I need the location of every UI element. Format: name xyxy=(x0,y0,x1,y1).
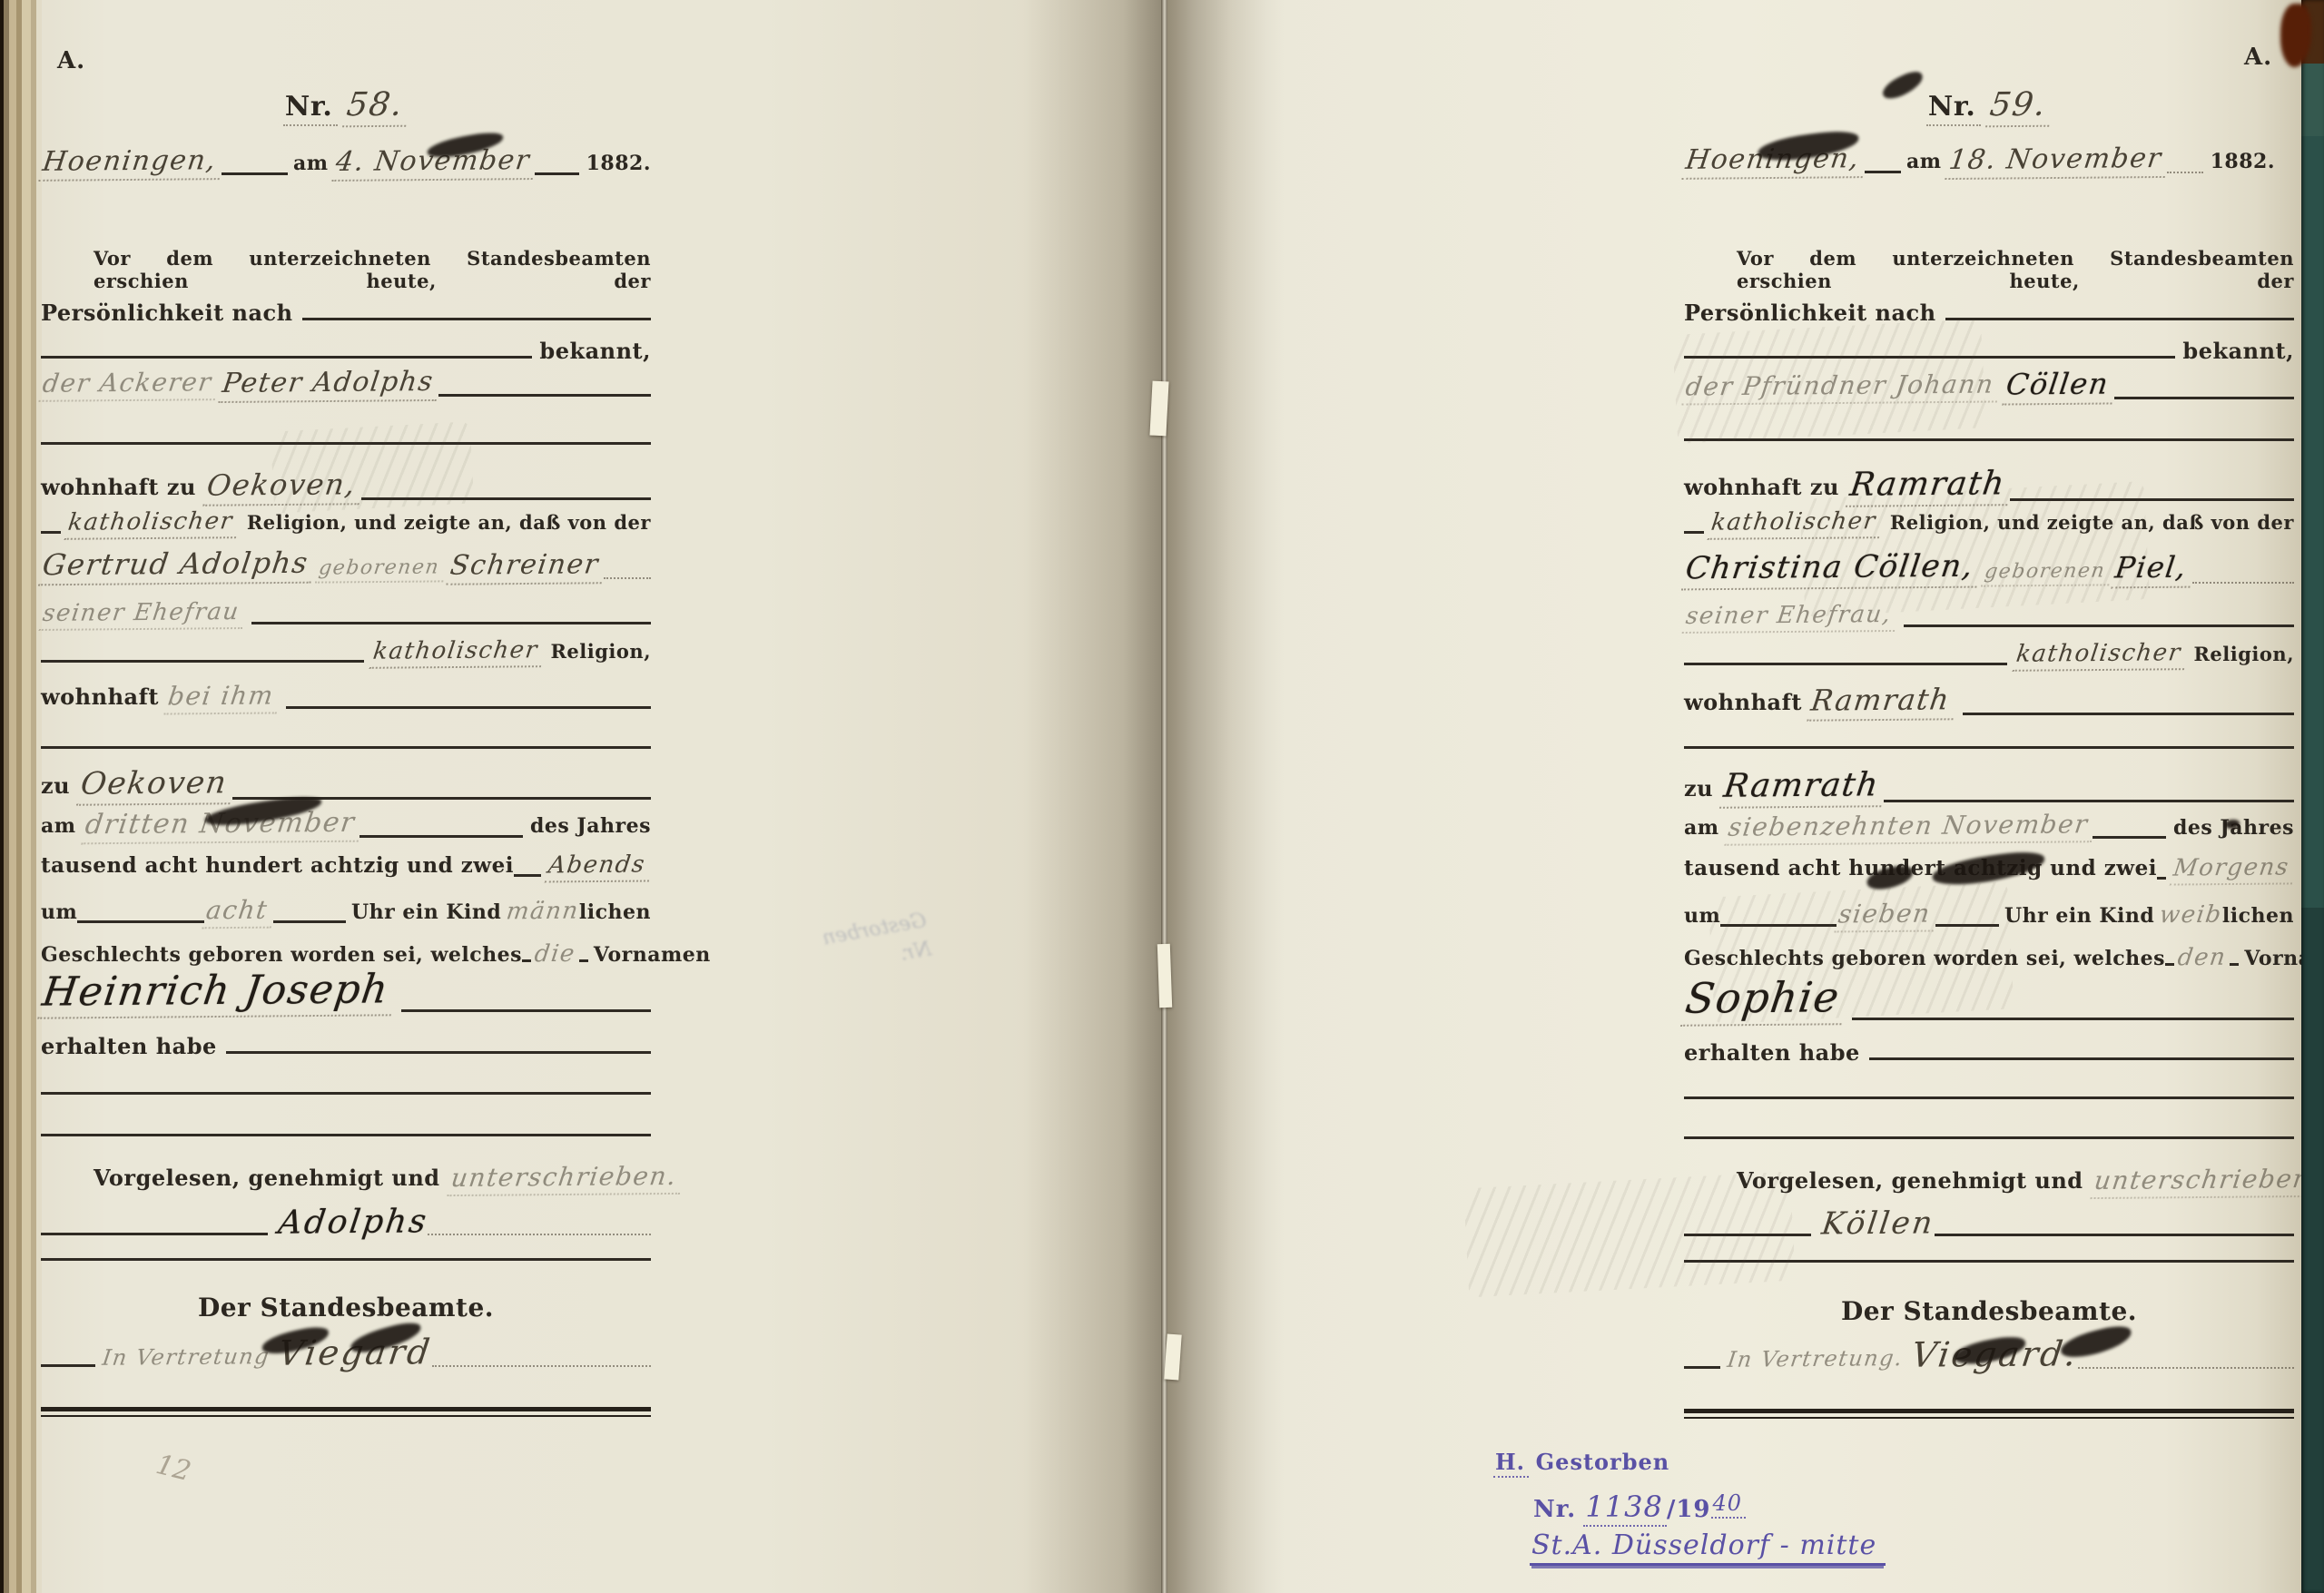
stamp-line-office: St.A. Düsseldorf - mitte xyxy=(1530,1529,1886,1566)
printed-text: 1882. xyxy=(2211,150,2275,173)
ink-showthrough xyxy=(271,421,474,513)
ink-showthrough xyxy=(1799,481,2150,617)
form-row: wohnhaftbei ihm xyxy=(41,681,651,714)
handwritten-entry: seiner Ehefrau xyxy=(39,598,247,631)
blank-rule xyxy=(1684,438,2294,441)
blank-rule xyxy=(2165,963,2174,966)
handwritten-entry: Oekoven xyxy=(76,764,235,805)
blank-rule xyxy=(1945,318,2294,320)
blank-rule xyxy=(41,1092,651,1095)
handwritten-entry: 58. xyxy=(342,86,411,128)
form-row: Nr.58. xyxy=(41,86,651,127)
printed-text: 1882. xyxy=(586,152,651,175)
printed-text: Der Standesbeamte. xyxy=(1841,1296,2137,1326)
form-row xyxy=(1684,746,2294,754)
dotted-rule xyxy=(428,1234,651,1235)
printed-text: lichen xyxy=(579,900,651,924)
printed-text: Uhr ein Kind xyxy=(351,900,501,924)
blank-rule xyxy=(41,356,532,359)
printed-text: tausend acht hundert achtzig und zwei xyxy=(41,853,514,878)
register-book-scan: A. Nr.58.Hoeningen,am4. November1882.Vor… xyxy=(0,0,2324,1593)
blank-rule xyxy=(535,172,579,175)
blank-rule xyxy=(41,531,61,534)
printed-text: am xyxy=(41,814,76,838)
handwritten-entry: unterschrieben xyxy=(2090,1164,2318,1199)
handwritten-entry: Adolphs xyxy=(276,1203,430,1241)
handwritten-entry: Köllen xyxy=(1819,1205,1936,1242)
form-row: erhalten habe xyxy=(1684,1039,2294,1066)
stamp-handwritten-year: 40 xyxy=(1711,1490,1747,1519)
form-row xyxy=(41,1258,651,1266)
printed-text: des Jahres xyxy=(530,814,651,838)
handwritten-entry: den xyxy=(2176,944,2228,971)
blank-rule xyxy=(522,959,531,962)
blank-rule xyxy=(273,920,346,923)
cover-stain xyxy=(2280,4,2311,67)
ink-showthrough xyxy=(1709,881,2014,1024)
printed-text: Persönlichkeit nach xyxy=(41,300,293,326)
blank-rule xyxy=(579,959,588,962)
handwritten-entry: 59. xyxy=(1985,86,2054,128)
dotted-rule xyxy=(2078,1367,2294,1369)
form-row: katholischerReligion, xyxy=(41,637,651,668)
handwritten-entry: weib xyxy=(2158,901,2224,929)
handwritten-entry: Heinrich Joseph xyxy=(37,966,397,1018)
handwritten-entry: bei ihm xyxy=(163,680,281,714)
printed-text: bekannt, xyxy=(2182,338,2294,364)
handwritten-entry: siebenzehnten November xyxy=(1724,809,2095,846)
blank-rule xyxy=(2230,963,2239,966)
form-row: bekannt, xyxy=(41,338,651,364)
dotted-rule xyxy=(604,577,651,579)
form-row: Vor dem unterzeichneten Standesbeamten e… xyxy=(1684,247,2294,292)
stamp-handwritten-number: 1138 xyxy=(1583,1490,1666,1527)
stamp-text: Gestorben xyxy=(1536,1449,1670,1475)
stamp-line-number: Nr. 1138/1940 xyxy=(1533,1490,1886,1524)
stamp-text: Nr. xyxy=(1533,1496,1576,1523)
blank-rule xyxy=(1963,713,2294,715)
printed-text: Vorgelesen, genehmigt und xyxy=(94,1165,440,1191)
blank-rule xyxy=(2114,397,2294,399)
printed-text: Religion, und zeigte an, daß von der xyxy=(247,511,651,534)
blank-rule xyxy=(41,746,651,749)
blank-rule xyxy=(226,1051,651,1054)
blank-rule xyxy=(514,874,542,877)
handwritten-entry: katholischer xyxy=(64,507,240,540)
ink-showthrough-stamp: Gestorben Nr. xyxy=(700,907,933,1003)
stamp-text: H. xyxy=(1493,1449,1529,1478)
form-row: amsiebenzehnten Novemberdes Jahres xyxy=(1684,811,2294,844)
form-row: Persönlichkeit nach xyxy=(1684,300,2294,326)
handwritten-entry: katholischer xyxy=(369,636,546,669)
printed-text: zu xyxy=(41,772,70,799)
dotted-rule xyxy=(2167,172,2203,173)
handwritten-entry: unterschrieben. xyxy=(447,1161,684,1196)
blank-rule xyxy=(1684,1366,1720,1369)
handwritten-entry: der Ackerer xyxy=(38,367,219,402)
form-row: amdritten Novemberdes Jahres xyxy=(41,808,651,843)
torn-paper-edge xyxy=(1149,381,1168,437)
stamp-text: /19 xyxy=(1667,1496,1711,1523)
printed-text: zu xyxy=(1684,775,1713,801)
blank-rule xyxy=(41,1134,651,1136)
handwritten-entry: acht xyxy=(202,895,276,929)
printed-text: wohnhaft xyxy=(1684,689,1802,715)
blank-rule xyxy=(1884,800,2294,802)
printed-text: Persönlichkeit nach xyxy=(1684,300,1936,326)
handwritten-entry: katholischer xyxy=(2013,639,2189,672)
handwritten-entry: 18. November xyxy=(1945,143,2169,180)
blank-rule xyxy=(286,706,651,709)
form-row: der AckererPeter Adolphs xyxy=(41,367,651,402)
printed-text: am xyxy=(1906,150,1942,173)
blank-rule xyxy=(77,920,204,923)
printed-text: Vor dem unterzeichneten Standesbeamten e… xyxy=(1684,247,2294,292)
form-row: katholischerReligion, und zeigte an, daß… xyxy=(41,508,651,539)
dotted-rule xyxy=(2192,582,2294,584)
form-row xyxy=(41,746,651,754)
blank-rule xyxy=(401,1009,651,1012)
blank-rule xyxy=(1935,1234,2294,1236)
printed-text: tausend acht hundert achtzig und zwei xyxy=(1684,856,2157,880)
blank-rule xyxy=(1684,1136,2294,1139)
handwritten-entry: In Vertretung. xyxy=(1726,1345,1905,1372)
printed-text: wohnhaft xyxy=(41,683,159,710)
blank-rule xyxy=(1904,624,2294,627)
blank-rule xyxy=(1852,1018,2294,1020)
handwritten-entry: In Vertretung xyxy=(101,1343,271,1371)
dotted-rule xyxy=(432,1365,651,1367)
printed-text: Vor dem unterzeichneten Standesbeamten e… xyxy=(41,247,651,292)
blank-rule xyxy=(222,172,288,175)
form-row: Adolphs xyxy=(41,1204,651,1241)
form-row: tausend acht hundert achtzig und zweiAbe… xyxy=(41,851,651,882)
form-row xyxy=(1684,1136,2294,1145)
form-row: zuRamrath xyxy=(1684,767,2294,808)
blank-rule xyxy=(359,835,523,838)
ink-showthrough xyxy=(1463,1172,1796,1298)
birth-record-form-nr-58: Nr.58.Hoeningen,am4. November1882.Vor de… xyxy=(41,0,651,1593)
form-row xyxy=(1684,438,2294,447)
handwritten-entry: Abends xyxy=(545,851,653,883)
blank-rule xyxy=(41,1233,268,1235)
handwritten-entry: Ramrath xyxy=(1719,766,1887,809)
blank-rule xyxy=(1684,1096,2294,1099)
closing-rule xyxy=(41,1407,651,1417)
stamp-handwritten-office: St.A. Düsseldorf - mitte xyxy=(1531,1529,1876,1561)
form-row: zuOekoven xyxy=(41,765,651,805)
blank-rule xyxy=(438,394,651,397)
form-row: erhalten habe xyxy=(41,1033,651,1059)
handwritten-entry: männ xyxy=(505,898,581,926)
handwritten-entry: Morgens xyxy=(2170,853,2297,885)
printed-text: Nr. xyxy=(1926,91,1981,126)
printed-text: wohnhaft zu xyxy=(1684,474,1839,500)
printed-text: bekannt, xyxy=(539,338,651,364)
handwritten-entry: Ramrath xyxy=(1807,682,1957,721)
left-page: A. Nr.58.Hoeningen,am4. November1882.Vor… xyxy=(0,0,1167,1593)
printed-text: Der Standesbeamte. xyxy=(198,1293,494,1323)
form-row: Der Standesbeamte. xyxy=(1684,1296,2294,1326)
printed-text: wohnhaft zu xyxy=(41,474,196,500)
form-row: Hoeningen,am4. November1882. xyxy=(41,145,651,181)
handwritten-entry: Schreiner xyxy=(446,548,606,585)
blank-rule xyxy=(1869,1057,2294,1060)
stamp-line-gestorben: H. Gestorben xyxy=(1493,1449,1886,1475)
form-row: Gertrud AdolphsgeborenenSchreiner xyxy=(41,546,651,585)
printed-text: Nr. xyxy=(283,91,338,126)
form-row: katholischerReligion, xyxy=(1684,640,2294,671)
blank-rule xyxy=(1865,171,1901,173)
printed-text: am xyxy=(1684,816,1719,840)
book-cover-edge xyxy=(2301,0,2324,1593)
printed-text: am xyxy=(293,152,329,175)
blank-rule xyxy=(1684,663,2007,665)
printed-text: Religion, xyxy=(550,640,651,663)
closing-rule xyxy=(1684,1409,2294,1419)
form-row: Nr.59. xyxy=(1684,86,2294,127)
handwritten-entry: die xyxy=(533,940,577,968)
printed-text: Religion, xyxy=(2193,643,2294,665)
form-row: Geschlechts geboren worden sei, welchesd… xyxy=(41,940,651,968)
form-row: Der Standesbeamte. xyxy=(41,1293,651,1323)
blank-rule xyxy=(2093,836,2166,839)
printed-text: um xyxy=(41,900,77,924)
blank-rule xyxy=(41,1364,95,1367)
form-row xyxy=(41,1092,651,1100)
blank-rule xyxy=(41,660,364,663)
blank-rule xyxy=(1684,531,1704,534)
blank-rule xyxy=(2157,877,2166,880)
form-row: seiner Ehefrau xyxy=(41,599,651,630)
printed-text: erhalten habe xyxy=(1684,1039,1860,1066)
handwritten-entry: geborenen xyxy=(315,556,447,583)
torn-paper-edge xyxy=(1157,944,1172,1008)
form-row xyxy=(1684,1409,2294,1419)
form-row: Vor dem unterzeichneten Standesbeamten e… xyxy=(41,247,651,292)
form-row xyxy=(1684,1096,2294,1105)
handwritten-entry: Hoeningen, xyxy=(38,144,223,182)
printed-text: Uhr ein Kind xyxy=(2004,904,2154,928)
right-page: A. Nr.59.Hoeningen,am18. November1882.Vo… xyxy=(1167,0,2301,1593)
form-row: umachtUhr ein Kindmännlichen xyxy=(41,895,651,929)
blank-rule xyxy=(41,1258,651,1261)
blank-rule xyxy=(302,318,651,320)
form-row: Heinrich Joseph xyxy=(41,968,651,1018)
handwritten-entry: Cöllen xyxy=(2002,366,2116,405)
printed-text: lichen xyxy=(2222,904,2294,928)
form-row xyxy=(41,1407,651,1417)
form-row: In VertretungViegard xyxy=(41,1332,651,1372)
blank-rule xyxy=(251,622,651,624)
form-row: Vorgelesen, genehmigt undunterschrieben. xyxy=(41,1162,651,1195)
handwritten-entry: Gertrud Adolphs xyxy=(38,546,316,586)
handwritten-entry: Peter Adolphs xyxy=(218,366,441,403)
printed-text: erhalten habe xyxy=(41,1033,217,1059)
registry-reference-stamp: H. Gestorben Nr. 1138/1940 St.A. Düsseld… xyxy=(1493,1449,1886,1566)
printed-text: Vornamen xyxy=(594,943,711,967)
printed-text: Geschlechts geboren worden sei, welches xyxy=(41,943,522,967)
form-row xyxy=(41,1134,651,1142)
form-row: wohnhaftRamrath xyxy=(1684,683,2294,721)
form-row: Persönlichkeit nach xyxy=(41,300,651,326)
ink-showthrough xyxy=(1672,319,1986,444)
blank-rule xyxy=(1684,746,2294,749)
